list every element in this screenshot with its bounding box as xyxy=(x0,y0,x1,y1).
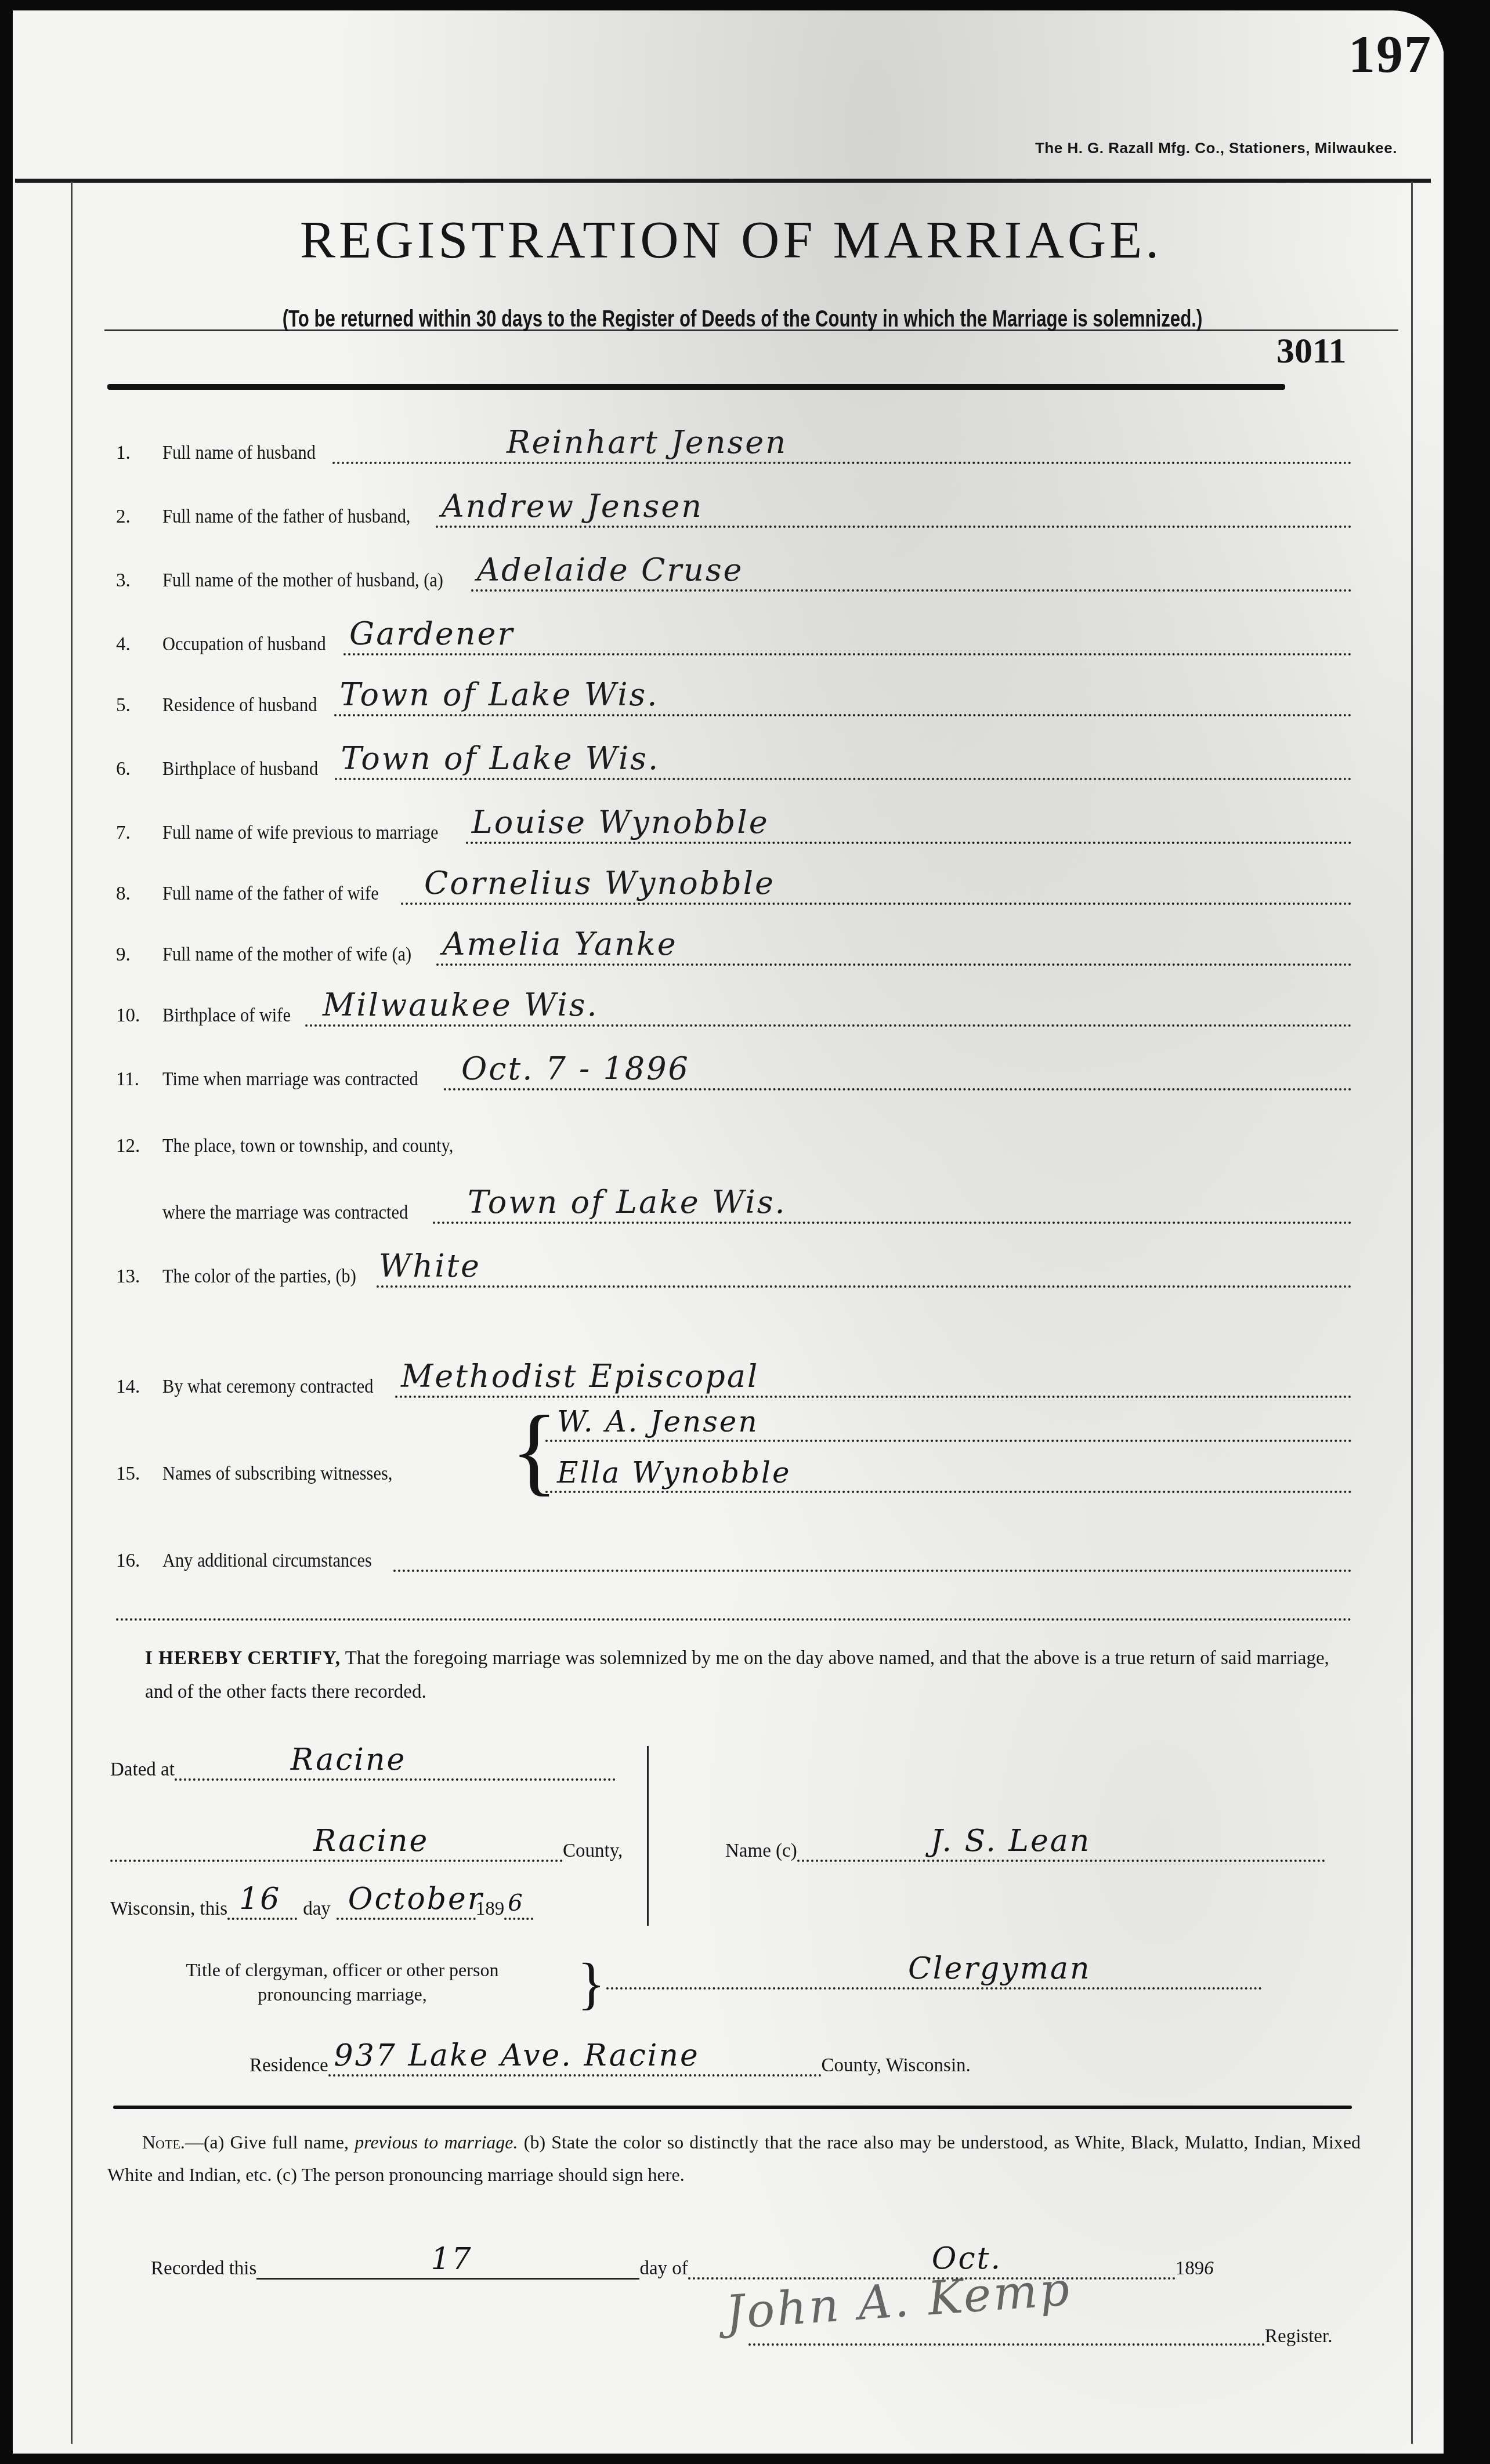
field-number: 16. xyxy=(116,1550,162,1572)
field-value: White xyxy=(379,1248,481,1284)
field-husband-father: 2. Full name of the father of husband, A… xyxy=(116,481,1352,528)
field-value: Oct. 7 - 1896 xyxy=(461,1050,690,1087)
field-line: Milwaukee Wis. xyxy=(305,990,1352,1027)
field-marriage-date: 11. Time when marriage was contracted Oc… xyxy=(116,1044,1352,1090)
dated-at-label: Dated at xyxy=(110,1759,175,1781)
field-number: 10. xyxy=(116,1005,162,1027)
field-value: Gardener xyxy=(349,615,514,652)
field-husband-occupation: 4. Occupation of husband Gardener xyxy=(116,609,1352,655)
certificate-date-row: Wisconsin, this 16 day October 189 6 xyxy=(110,1879,533,1920)
field-marriage-place: where the marriage was contracted Town o… xyxy=(116,1177,1352,1224)
document-title: REGISTRATION OF MARRIAGE. xyxy=(220,209,1242,270)
field-number: 2. xyxy=(116,506,162,528)
field-value: Cornelius Wynobble xyxy=(424,865,775,901)
certification-text: I HEREBY CERTIFY, That the foregoing mar… xyxy=(110,1642,1358,1709)
wisconsin-this-label: Wisconsin, this xyxy=(110,1898,227,1920)
certify-lead: I HEREBY CERTIFY, xyxy=(145,1648,341,1669)
certificate-divider xyxy=(647,1746,649,1926)
field-number: 7. xyxy=(116,822,162,844)
field-number: 4. xyxy=(116,634,162,655)
document-subtitle: (To be returned within 30 days to the Re… xyxy=(283,306,1174,332)
field-line: Town of Lake Wis. xyxy=(335,743,1352,780)
register-signature-line xyxy=(748,2343,1265,2346)
field-number: 3. xyxy=(116,570,162,592)
county-label: County, xyxy=(563,1840,623,1862)
residence-value: 937 Lake Ave. Racine xyxy=(334,2038,700,2073)
certificate-year-suffix: 6 xyxy=(508,1890,524,1916)
left-margin-rule xyxy=(71,182,73,2444)
county-row: Racine County, xyxy=(110,1821,623,1862)
field-marriage-place-heading: 12. The place, town or township, and cou… xyxy=(116,1111,1352,1157)
form-note: Note.—(a) Give full name, previous to ma… xyxy=(107,2126,1361,2191)
field-line: Cornelius Wynobble xyxy=(401,868,1352,905)
officiant-name-line: J. S. Lean xyxy=(797,1825,1325,1862)
field-value: Andrew Jensen xyxy=(442,488,703,524)
field-husband-birthplace: 6. Birthplace of husband Town of Lake Wi… xyxy=(116,734,1352,780)
field-value: Milwaukee Wis. xyxy=(323,987,599,1023)
field-label: Birthplace of husband xyxy=(162,759,318,780)
header-rule xyxy=(15,179,1431,183)
field-label: Names of subscribing witnesses, xyxy=(162,1463,392,1485)
field-number: 14. xyxy=(116,1376,162,1398)
scan-edge-shadow xyxy=(1444,0,1490,2464)
certificate-day-value: 16 xyxy=(239,1882,281,1916)
field-value: Adelaide Cruse xyxy=(477,552,744,588)
field-label: The place, town or township, and county, xyxy=(162,1136,453,1157)
field-husband-mother: 3. Full name of the mother of husband, (… xyxy=(116,545,1352,592)
field-value: Amelia Yanke xyxy=(442,926,677,962)
field-label: By what ceremony contracted xyxy=(162,1376,373,1398)
dated-at-value: Racine xyxy=(291,1742,406,1777)
month-line: October xyxy=(337,1883,476,1920)
field-label: The color of the parties, (b) xyxy=(162,1266,356,1288)
field-line: Reinhart Jensen xyxy=(332,427,1352,464)
recorded-day-line: 17 xyxy=(256,2243,639,2280)
officiant-name-value: J. S. Lean xyxy=(931,1824,1091,1858)
recorded-label: Recorded this xyxy=(151,2258,256,2280)
field-value: Town of Lake Wis. xyxy=(341,740,660,777)
field-label: Time when marriage was contracted xyxy=(162,1069,418,1090)
field-label: Occupation of husband xyxy=(162,634,326,655)
residence-line: 937 Lake Ave. Racine xyxy=(328,2039,822,2077)
note-separator-rule xyxy=(113,2106,1352,2109)
field-label: Any additional circumstances xyxy=(162,1550,372,1572)
field-line: White xyxy=(377,1251,1352,1288)
officiant-title-value: Clergyman xyxy=(908,1951,1091,1986)
field-value: Town of Lake Wis. xyxy=(468,1184,787,1220)
officiant-name-label: Name (c) xyxy=(725,1840,797,1862)
field-line: Adelaide Cruse xyxy=(471,555,1352,592)
dated-at-line: Racine xyxy=(175,1744,616,1781)
field-wife-father: 8. Full name of the father of wife Corne… xyxy=(116,858,1352,905)
title-thick-rule xyxy=(107,384,1285,390)
field-number: 9. xyxy=(116,944,162,966)
field-color-of-parties: 13. The color of the parties, (b) White xyxy=(116,1241,1352,1288)
officiant-title-label: Title of clergyman, officer or other per… xyxy=(110,1958,574,2006)
title-brace: } xyxy=(577,1955,605,2013)
field-wife-birthplace: 10. Birthplace of wife Milwaukee Wis. xyxy=(116,980,1352,1027)
field-label: Full name of the mother of wife (a) xyxy=(162,944,411,966)
page-number: 197 xyxy=(1348,23,1432,85)
registration-number: 3011 xyxy=(1276,331,1347,372)
field-number: 15. xyxy=(116,1463,162,1485)
witness-1-line: W. A. Jensen xyxy=(545,1399,1352,1442)
field-line: Gardener xyxy=(343,618,1352,655)
officiant-name-row: Name (c) J. S. Lean xyxy=(725,1821,1325,1862)
day-line: 16 xyxy=(227,1883,297,1920)
field-line: Amelia Yanke xyxy=(436,929,1352,966)
field-number: 13. xyxy=(116,1266,162,1288)
recorded-year-prefix: 189 xyxy=(1176,2258,1205,2280)
year-line: 6 xyxy=(504,1883,533,1920)
county-value: Racine xyxy=(313,1824,429,1858)
field-value: Methodist Episcopal xyxy=(401,1358,759,1394)
field-label: Full name of the mother of husband, (a) xyxy=(162,570,443,592)
officiant-title-row: Clergyman xyxy=(606,1949,1262,1990)
day-label: day xyxy=(303,1898,331,1920)
note-lead: Note. xyxy=(107,2132,185,2153)
field-number: 5. xyxy=(116,695,162,716)
right-margin-rule xyxy=(1411,182,1413,2444)
field-number: 8. xyxy=(116,883,162,905)
residence-label: Residence xyxy=(249,2055,328,2077)
field-additional-circumstances: 16. Any additional circumstances xyxy=(116,1525,1352,1572)
witness-2-line: Ella Wynobble xyxy=(545,1450,1352,1493)
field-number: 12. xyxy=(116,1136,162,1157)
field-value: Town of Lake Wis. xyxy=(340,676,659,713)
field-ceremony: 14. By what ceremony contracted Methodis… xyxy=(116,1351,1352,1398)
certificate-month-value: October xyxy=(348,1882,484,1916)
field-number: 6. xyxy=(116,759,162,780)
residence-suffix: County, Wisconsin. xyxy=(822,2055,971,2077)
officiant-residence-row: Residence 937 Lake Ave. Racine County, W… xyxy=(249,2036,971,2077)
field-husband-name: 1. Full name of husband Reinhart Jensen xyxy=(116,418,1352,464)
field-wife-mother: 9. Full name of the mother of wife (a) A… xyxy=(116,919,1352,966)
dated-at-row: Dated at Racine xyxy=(110,1740,616,1781)
field-number: 11. xyxy=(116,1069,162,1090)
field-label: Full name of the father of husband, xyxy=(162,506,410,528)
field-label: Full name of wife previous to marriage xyxy=(162,822,439,844)
recorded-year-suffix: 6 xyxy=(1204,2258,1214,2280)
field-line xyxy=(393,1535,1352,1572)
field-line: Methodist Episcopal xyxy=(395,1361,1352,1398)
document-page xyxy=(13,10,1445,2454)
field-number: 1. xyxy=(116,443,162,464)
witness-1-value: W. A. Jensen xyxy=(557,1405,759,1438)
field-line: Andrew Jensen xyxy=(436,491,1352,528)
field-label: Full name of the father of wife xyxy=(162,883,379,905)
additional-circumstances-line-2 xyxy=(116,1618,1352,1621)
field-line: Oct. 7 - 1896 xyxy=(444,1053,1352,1090)
field-label: Birthplace of wife xyxy=(162,1005,291,1027)
field-value: Reinhart Jensen xyxy=(507,424,787,461)
day-of-label: day of xyxy=(639,2258,688,2280)
field-label: Residence of husband xyxy=(162,695,317,716)
field-husband-residence: 5. Residence of husband Town of Lake Wis… xyxy=(116,670,1352,716)
county-line: Racine xyxy=(110,1825,563,1862)
field-label: Full name of husband xyxy=(162,443,316,464)
field-line: Town of Lake Wis. xyxy=(433,1187,1352,1224)
stationer-imprint: The H. G. Razall Mfg. Co., Stationers, M… xyxy=(1035,139,1397,157)
officiant-title-line: Clergyman xyxy=(606,1952,1262,1990)
recorded-day-value: 17 xyxy=(431,2242,472,2277)
register-label: Register. xyxy=(1265,2326,1332,2347)
field-line: Louise Wynobble xyxy=(466,807,1352,844)
field-line: Town of Lake Wis. xyxy=(334,679,1352,716)
witness-2-value: Ella Wynobble xyxy=(557,1456,791,1490)
field-label: where the marriage was contracted xyxy=(162,1202,408,1224)
field-value: Louise Wynobble xyxy=(472,804,769,840)
field-wife-maiden-name: 7. Full name of wife previous to marriag… xyxy=(116,798,1352,844)
